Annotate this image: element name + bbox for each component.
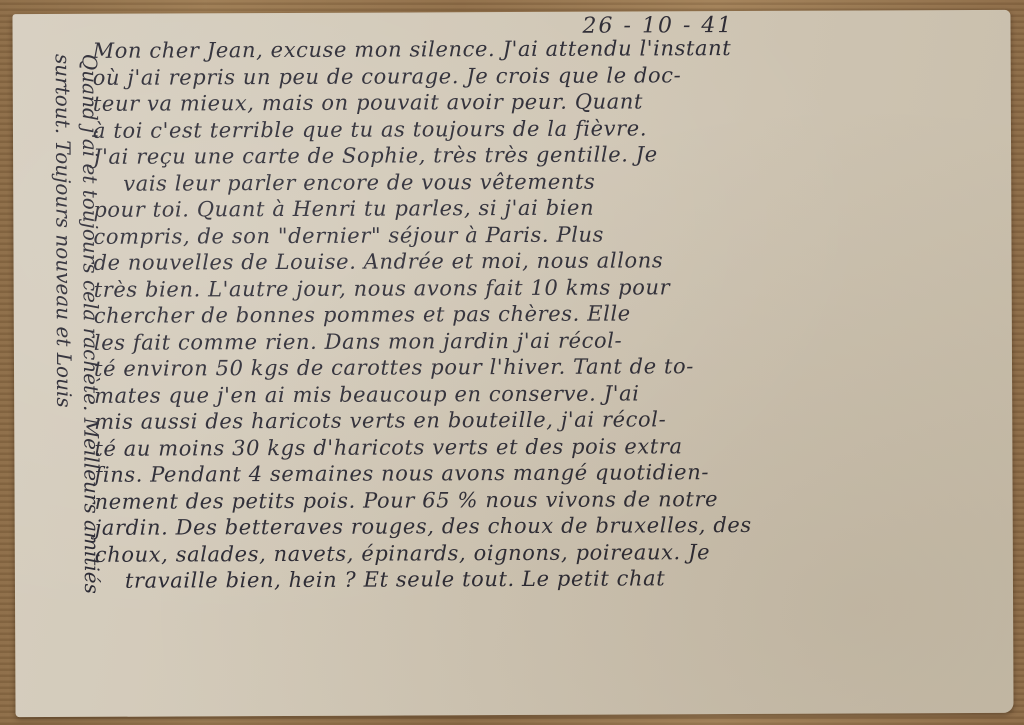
- letter-line: à toi c'est terrible que tu as toujours …: [93, 113, 998, 143]
- letter-line: mis aussi des haricots verts en bouteill…: [94, 405, 999, 435]
- letter-line: chercher de bonnes pommes et pas chères.…: [94, 299, 999, 329]
- letter-line: mates que j'en ai mis beaucoup en conser…: [94, 378, 999, 408]
- letter-line: choux, salades, navets, épinards, oignon…: [95, 537, 1000, 567]
- letter-line: té environ 50 kgs de carottes pour l'hiv…: [94, 352, 999, 382]
- letter-line: jardin. Des betteraves rouges, des choux…: [95, 511, 1000, 541]
- letter-line: compris, de son "dernier" séjour à Paris…: [93, 219, 998, 249]
- letter-body: Mon cher Jean, excuse mon silence. J'ai …: [93, 34, 1000, 594]
- letter-line: pour toi. Quant à Henri tu parles, si j'…: [93, 193, 998, 223]
- letter-line: J'ai reçu une carte de Sophie, très très…: [93, 140, 998, 170]
- letter-line: très bien. L'autre jour, nous avons fait…: [94, 272, 999, 302]
- letter-line: de nouvelles de Louise. Andrée et moi, n…: [94, 246, 999, 276]
- letter-line: vais leur parler encore de vous vêtement…: [93, 166, 998, 196]
- margin-line: surtout. Toujours nouveau et Louis: [49, 54, 79, 694]
- letter-line: fins. Pendant 4 semaines nous avons mang…: [94, 458, 999, 488]
- letter-line: nement des petits pois. Pour 65 % nous v…: [95, 484, 1000, 514]
- letter-line: té au moins 30 kgs d'haricots verts et d…: [94, 431, 999, 461]
- letter-line: Mon cher Jean, excuse mon silence. J'ai …: [93, 34, 998, 64]
- letter-line: les fait comme rien. Dans mon jardin j'a…: [94, 325, 999, 355]
- letter-line: où j'ai repris un peu de courage. Je cro…: [93, 60, 998, 90]
- handwritten-postcard: 26 - 10 - 41 Quand j'ai et toujours cela…: [12, 10, 1013, 717]
- letter-line: travaille bien, hein ? Et seule tout. Le…: [95, 564, 1000, 594]
- letter-line: teur va mieux, mais on pouvait avoir peu…: [93, 87, 998, 117]
